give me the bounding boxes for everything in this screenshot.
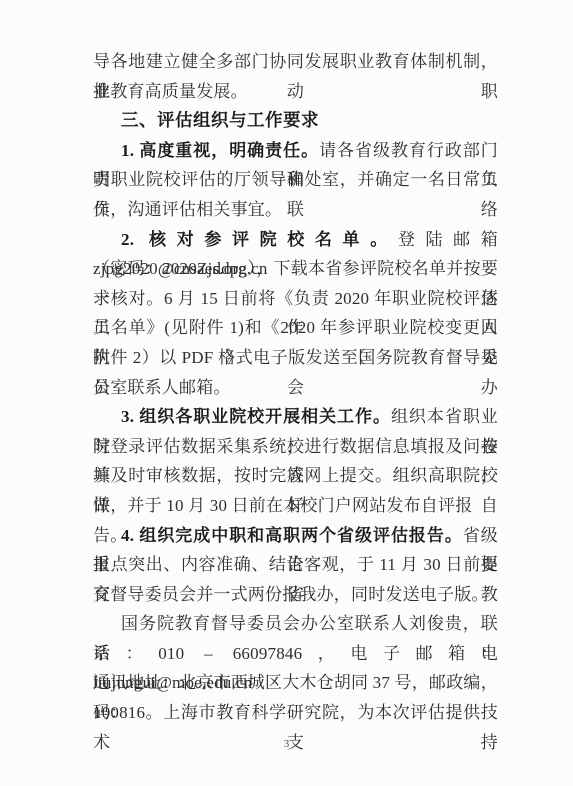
doc-line: 3. 组织各职业院校开展相关工作。组织本省职业院校按 xyxy=(93,402,498,432)
doc-line: 2. 核对参评院校名单。登陆邮箱 zjpg2020@cnsaes.org.cn xyxy=(93,225,498,255)
doc-line: 国务院教育督导委员会办公室联系人刘俊贵，联系电 xyxy=(93,609,498,639)
document-text-block: 导各地建立健全多部门协同发展职业教育体制机制，推动职 业教育高质量发展。 三、评… xyxy=(93,47,498,728)
doc-line: 4. 组织完成中职和高职两个省级评估报告。省级报告要 xyxy=(93,521,498,551)
doc-line: 附件 2）以 PDF 格式电子版发送至国务院教育督导委员会办 xyxy=(93,343,498,373)
document-page: 导各地建立健全多部门协同发展职业教育体制机制，推动职 业教育高质量发展。 三、评… xyxy=(0,0,573,786)
doc-line: 1. 高度重视，明确责任。请各省级教育行政部门明确负 xyxy=(93,136,498,166)
section-heading-text: 三、评估组织与工作要求 xyxy=(121,110,319,130)
doc-line: 100816。上海市教育科学研究院，为本次评估提供技术支持 xyxy=(93,698,498,728)
doc-line: 并及时审核数据，按时完成网上提交。组织高职院校做好自 xyxy=(93,461,498,491)
doc-line: 员名单》(见附件 1)和《2020 年参评职业院校变更回执》（见 xyxy=(93,313,498,343)
doc-line: （密码：2020Zjddpg），下载本省参评院校名单并按要求逐 xyxy=(93,254,498,284)
doc-line: 育督导委员会并一式两份报我办，同时发送电子版。 xyxy=(93,580,498,610)
doc-line: 评，并于 10 月 30 日前在本校门户网站发布自评报告。 xyxy=(93,491,498,521)
section-heading: 三、评估组织与工作要求 xyxy=(93,106,498,136)
doc-line: 话：010 – 66097846，电子邮箱：liujungui@moe.edu.… xyxy=(93,639,498,669)
page-number: 3 xyxy=(0,738,573,750)
paragraph-lead: 3. 组织各职业院校开展相关工作。 xyxy=(121,407,391,426)
paragraph-lead: 2. 核对参评院校名单。 xyxy=(121,230,398,249)
doc-line: 导各地建立健全多部门协同发展职业教育体制机制，推动职 xyxy=(93,47,498,77)
paragraph-lead: 4. 组织完成中职和高职两个省级评估报告。 xyxy=(121,526,463,545)
doc-line: 时登录评估数据采集系统，进行数据信息填报及问卷填答， xyxy=(93,432,498,462)
doc-line: 责职业院校评估的厅领导和处室，并确定一名日常工作联络 xyxy=(93,165,498,195)
doc-line: 通讯地址：北京市西城区大木仓胡同 37 号，邮政编码： xyxy=(93,668,498,698)
doc-line: 一核对。6 月 15 日前将《负责 2020 年职业院校评估工作人 xyxy=(93,284,498,314)
doc-line-text: 育督导委员会并一式两份报我办，同时发送电子版。 xyxy=(93,585,489,604)
doc-line: 重点突出、内容准确、结论客观，于 11 月 30 日前提交省教 xyxy=(93,550,498,580)
doc-line-text: 业教育高质量发展。 xyxy=(93,82,248,101)
doc-line-text: 员，沟通评估相关事宜。 xyxy=(93,200,282,219)
doc-line-text: 公室联系人邮箱。 xyxy=(93,378,231,397)
paragraph-lead: 1. 高度重视，明确责任。 xyxy=(121,141,319,160)
